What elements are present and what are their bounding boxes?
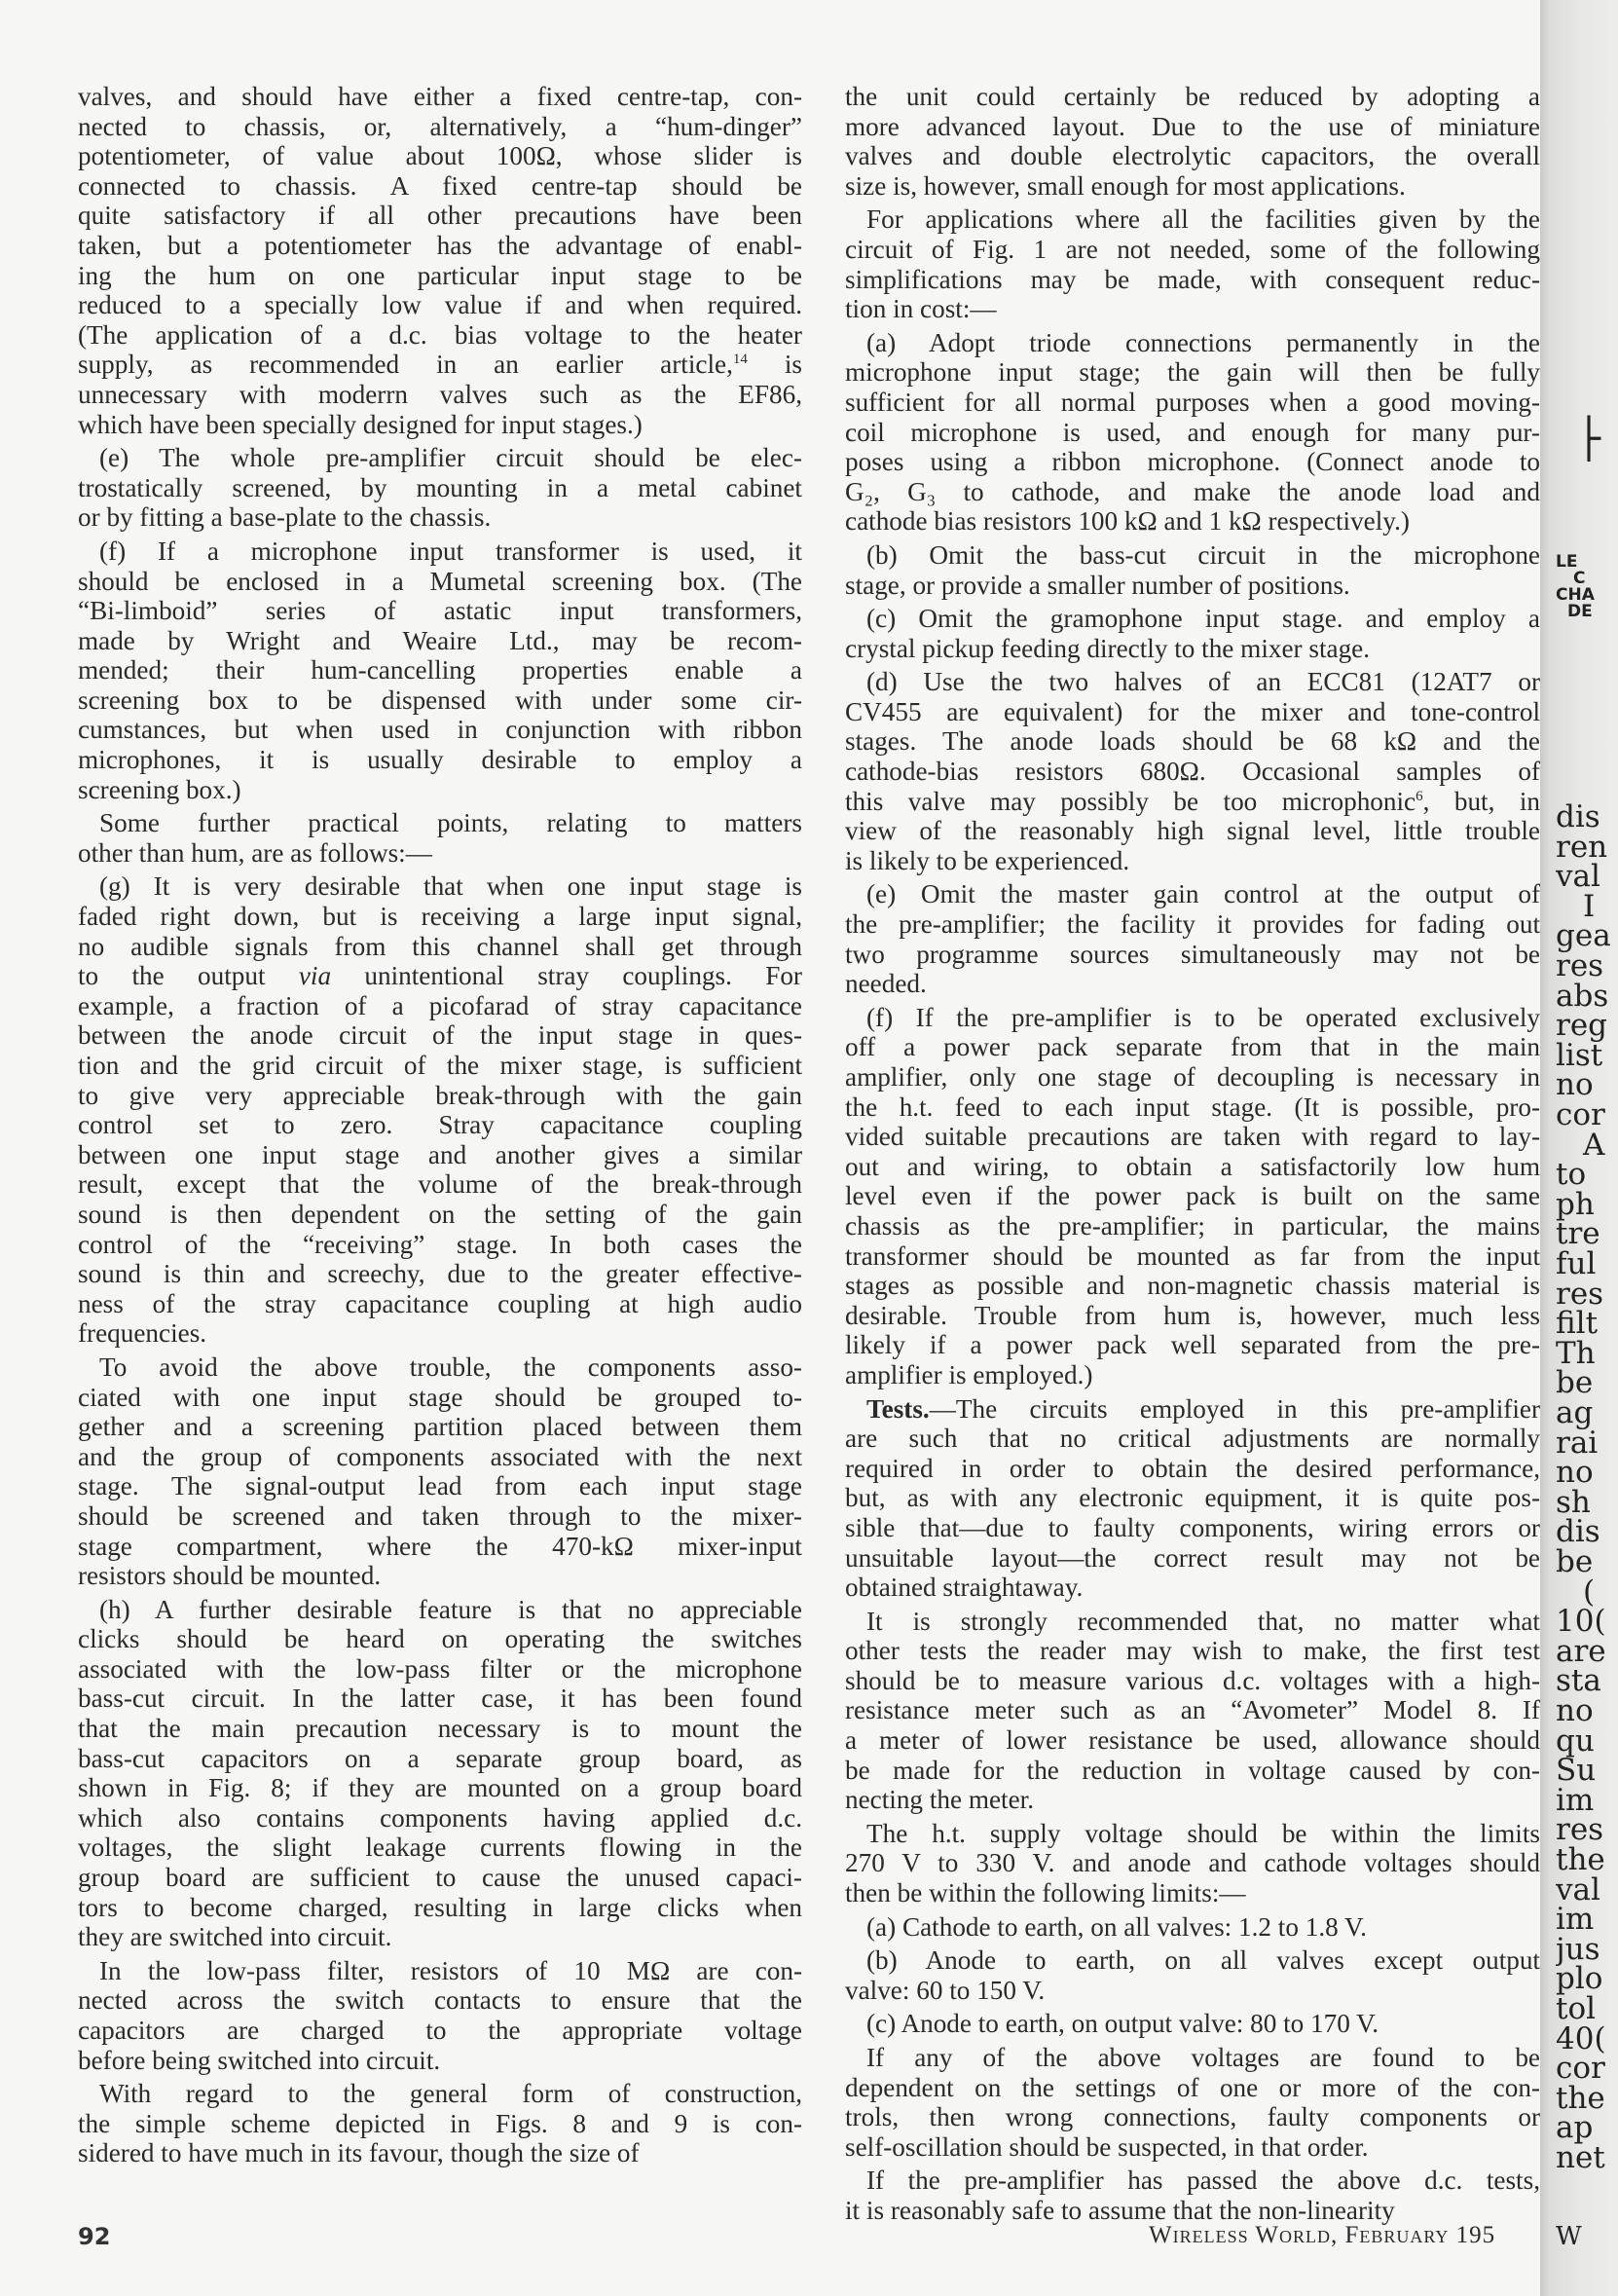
text-line: supply, as recommended in an earlier art… xyxy=(78,350,802,380)
text-line: nected across the switch contacts to ens… xyxy=(78,1985,802,2016)
text-line: ing the hum on one particular input stag… xyxy=(78,261,802,291)
text-line: sound is then dependent on the setting o… xyxy=(78,1200,802,1230)
text-line: trostatically screened, by mounting in a… xyxy=(78,473,802,503)
text-line: If any of the above voltages are found t… xyxy=(845,2043,1540,2073)
text-line: view of the reasonably high signal level… xyxy=(845,816,1540,846)
text-line: obtained straightaway. xyxy=(845,1573,1540,1603)
text-line: between one input stage and another give… xyxy=(78,1140,802,1170)
text-line: desirable. Trouble from hum is, however,… xyxy=(845,1301,1540,1331)
text-line: which also contains components having ap… xyxy=(78,1803,802,1833)
text-line: CV455 are equivalent) for the mixer and … xyxy=(845,697,1540,727)
paragraph: The h.t. supply voltage should be within… xyxy=(845,1819,1540,1908)
text-line: amplifier is employed.) xyxy=(845,1360,1540,1390)
paragraph: (f) If the pre-amplifier is to be operat… xyxy=(845,1003,1540,1390)
text-line: dependent on the settings of one or more… xyxy=(845,2073,1540,2103)
text-line: tors to become charged, resulting in lar… xyxy=(78,1893,802,1923)
text-line: two programme sources simultaneously may… xyxy=(845,940,1540,970)
next-page-text-fragment: A xyxy=(1583,1129,1604,1162)
text-line: the simple scheme depicted in Figs. 8 an… xyxy=(78,2109,802,2139)
text-line: screening box.) xyxy=(78,775,802,805)
text-line: that the main precaution necessary is to… xyxy=(78,1714,802,1744)
text-line: should be screened and taken through to … xyxy=(78,1501,802,1532)
text-line: (b) Anode to earth, on all valves except… xyxy=(845,1945,1540,1976)
text-line: (d) Use the two halves of an ECC81 (12AT… xyxy=(845,667,1540,697)
text-line: vided suitable precautions are taken wit… xyxy=(845,1122,1540,1152)
text-line: frequencies. xyxy=(78,1318,802,1349)
text-line: they are switched into circuit. xyxy=(78,1922,802,1952)
text-line: circuit of Fig. 1 are not needed, some o… xyxy=(845,235,1540,265)
text-line: example, a fraction of a picofarad of st… xyxy=(78,991,802,1021)
text-line: be made for the reduction in voltage cau… xyxy=(845,1756,1540,1786)
text-line: stages. The anode loads should be 68 kΩ … xyxy=(845,726,1540,757)
paragraph: (e) The whole pre-amplifier circuit shou… xyxy=(78,443,802,533)
left-column: valves, and should have either a fixed c… xyxy=(78,82,802,2172)
text-line: poses using a ribbon microphone. (Connec… xyxy=(845,447,1540,477)
paragraph: (h) A further desirable feature is that … xyxy=(78,1595,802,1952)
paragraph: valves, and should have either a fixed c… xyxy=(78,82,802,439)
text-line: (e) The whole pre-amplifier circuit shou… xyxy=(78,443,802,473)
text-line: stages as possible and non-magnetic chas… xyxy=(845,1271,1540,1301)
text-line: (a) Adopt triode connections permanently… xyxy=(845,328,1540,358)
next-page-label-fragment: DE xyxy=(1567,602,1593,621)
text-line: Tests.—The circuits employed in this pre… xyxy=(845,1394,1540,1425)
text-line: control of the “receiving” stage. In bot… xyxy=(78,1230,802,1260)
text-line: microphone input stage; the gain will th… xyxy=(845,357,1540,388)
text-line: chassis as the pre-amplifier; in particu… xyxy=(845,1211,1540,1241)
text-line: transformer should be mounted as far fro… xyxy=(845,1241,1540,1272)
text-line: the h.t. feed to each input stage. (It i… xyxy=(845,1092,1540,1123)
text-line: voltages, the slight leakage currents fl… xyxy=(78,1833,802,1863)
text-line: capacitors are charged to the appropriat… xyxy=(78,2016,802,2046)
text-line: this valve may possibly be too microphon… xyxy=(845,787,1540,817)
paragraph: (c) Omit the gramophone input stage. and… xyxy=(845,604,1540,663)
paragraph: It is strongly recommended that, no matt… xyxy=(845,1607,1540,1815)
text-line: are such that no critical adjustments ar… xyxy=(845,1424,1540,1454)
text-line: to the output via unintentional stray co… xyxy=(78,961,802,991)
paragraph: To avoid the above trouble, the componen… xyxy=(78,1352,802,1591)
text-line: potentiometer, of value about 100Ω, whos… xyxy=(78,141,802,171)
text-line: reduced to a specially low value if and … xyxy=(78,290,802,320)
text-line: bass-cut circuit. In the latter case, it… xyxy=(78,1684,802,1714)
text-line: and the group of components associated w… xyxy=(78,1442,802,1472)
next-page-text-fragment: dis xyxy=(1556,800,1600,833)
paragraph: For applications where all the facilitie… xyxy=(845,204,1540,323)
text-line: sound is thin and screechy, due to the g… xyxy=(78,1259,802,1289)
text-line: other tests the reader may wish to make,… xyxy=(845,1636,1540,1666)
text-line: 270 V to 330 V. and anode and cathode vo… xyxy=(845,1848,1540,1878)
text-line: made by Wright and Weaire Ltd., may be r… xyxy=(78,626,802,656)
next-page-text-fragment: be xyxy=(1556,1545,1593,1578)
text-line: For applications where all the facilitie… xyxy=(845,204,1540,235)
text-line: self-oscillation should be suspected, in… xyxy=(845,2132,1540,2163)
magazine-page: valves, and should have either a fixed c… xyxy=(0,0,1540,2296)
next-page-footer-fragment: W xyxy=(1556,2220,1582,2253)
text-line: (c) Anode to earth, on output valve: 80 … xyxy=(845,2009,1540,2039)
text-line: off a power pack separate from that in t… xyxy=(845,1032,1540,1062)
text-line: coil microphone is used, and enough for … xyxy=(845,418,1540,448)
next-page-text-fragment: ag xyxy=(1556,1396,1593,1429)
text-line: gether and a screening partition placed … xyxy=(78,1412,802,1442)
text-line: (f) If a microphone input transformer is… xyxy=(78,537,802,567)
paragraph: (b) Anode to earth, on all valves except… xyxy=(845,1945,1540,2005)
right-column: the unit could certainly be reduced by a… xyxy=(845,82,1540,2230)
text-line: sidered to have much in its favour, thou… xyxy=(78,2138,802,2168)
text-line: faded right down, but is receiving a lar… xyxy=(78,902,802,932)
text-line: ness of the stray capacitance coupling a… xyxy=(78,1289,802,1319)
text-line: stage, or provide a smaller number of po… xyxy=(845,571,1540,601)
paragraph: (d) Use the two halves of an ECC81 (12AT… xyxy=(845,667,1540,875)
page-number: 92 xyxy=(78,2223,110,2250)
text-line: level even if the power pack is built on… xyxy=(845,1181,1540,1211)
next-page-text-fragment: tol xyxy=(1556,1992,1596,2025)
text-line: (f) If the pre-amplifier is to be operat… xyxy=(845,1003,1540,1033)
text-line: between the anode circuit of the input s… xyxy=(78,1020,802,1051)
text-line: clicks should be heard on operating the … xyxy=(78,1624,802,1654)
text-line: (The application of a d.c. bias voltage … xyxy=(78,320,802,351)
text-line: “Bi-limboid” series of astatic input tra… xyxy=(78,596,802,626)
next-page-bleed: ├ LECCHADEdisrenvalIgearesabsreglistnoco… xyxy=(1556,0,1618,2296)
text-line: the pre-amplifier; the facility it provi… xyxy=(845,909,1540,940)
text-line: sible that—due to faulty components, wir… xyxy=(845,1513,1540,1543)
text-line: taken, but a potentiometer has the advan… xyxy=(78,231,802,261)
text-line: or by fitting a base-plate to the chassi… xyxy=(78,502,802,533)
text-line: (c) Omit the gramophone input stage. and… xyxy=(845,604,1540,634)
text-line: unsuitable layout—the correct result may… xyxy=(845,1543,1540,1574)
text-line: (h) A further desirable feature is that … xyxy=(78,1595,802,1625)
text-line: crystal pickup feeding directly to the m… xyxy=(845,634,1540,664)
text-line: more advanced layout. Due to the use of … xyxy=(845,112,1540,142)
text-line: ciated with one input stage should be gr… xyxy=(78,1383,802,1413)
paragraph: (c) Anode to earth, on output valve: 80 … xyxy=(845,2009,1540,2039)
text-line: is likely to be experienced. xyxy=(845,846,1540,876)
text-line: quite satisfactory if all other precauti… xyxy=(78,201,802,231)
text-line: a meter of lower resistance be used, all… xyxy=(845,1725,1540,1756)
text-line: shown in Fig. 8; if they are mounted on … xyxy=(78,1773,802,1803)
text-line: tion and the grid circuit of the mixer s… xyxy=(78,1051,802,1081)
text-line: to give very appreciable break-through w… xyxy=(78,1081,802,1111)
text-line: In the low-pass filter, resistors of 10 … xyxy=(78,1956,802,1986)
text-line: other than hum, are as follows:— xyxy=(78,838,802,869)
text-line: stage. The signal-output lead from each … xyxy=(78,1471,802,1501)
text-line: Some further practical points, relating … xyxy=(78,808,802,838)
text-line: cathode-bias resistors 680Ω. Occasional … xyxy=(845,757,1540,787)
text-line: which have been specially designed for i… xyxy=(78,410,802,440)
text-line: required in order to obtain the desired … xyxy=(845,1454,1540,1484)
text-line: group board are sufficient to cause the … xyxy=(78,1863,802,1893)
text-line: but, as with any electronic equipment, i… xyxy=(845,1483,1540,1513)
text-line: it is reasonably safe to assume that the… xyxy=(845,2196,1540,2226)
next-page-text-fragment: the xyxy=(1556,1843,1605,1876)
next-page-text-fragment: no xyxy=(1556,1694,1594,1727)
text-line: necting the meter. xyxy=(845,1785,1540,1815)
text-line: mended; their hum-cancelling properties … xyxy=(78,655,802,685)
text-line: nected to chassis, or, alternatively, a … xyxy=(78,112,802,142)
text-line: associated with the low-pass filter or t… xyxy=(78,1654,802,1685)
text-line: cathode bias resistors 100 kΩ and 1 kΩ r… xyxy=(845,506,1540,537)
text-line: stage compartment, where the 470-kΩ mixe… xyxy=(78,1532,802,1562)
text-line: microphones, it is usually desirable to … xyxy=(78,745,802,775)
paragraph: Tests.—The circuits employed in this pre… xyxy=(845,1394,1540,1603)
text-line: With regard to the general form of const… xyxy=(78,2079,802,2109)
text-line: (g) It is very desirable that when one i… xyxy=(78,871,802,902)
paragraph: (a) Adopt triode connections permanently… xyxy=(845,328,1540,537)
text-line: resistance meter such as an “Avometer” M… xyxy=(845,1695,1540,1725)
text-line: amplifier, only one stage of decoupling … xyxy=(845,1062,1540,1092)
text-line: (b) Omit the bass-cut circuit in the mic… xyxy=(845,540,1540,571)
paragraph: (f) If a microphone input transformer is… xyxy=(78,537,802,804)
text-line: size is, however, small enough for most … xyxy=(845,171,1540,202)
next-page-text-fragment: net xyxy=(1556,2141,1605,2174)
text-line: screening box to be dispensed with under… xyxy=(78,685,802,716)
diagram-fragment-icon: ├ xyxy=(1577,417,1600,462)
running-footer: Wireless World, February 195 xyxy=(1149,2222,1540,2249)
text-line: no audible signals from this channel sha… xyxy=(78,932,802,962)
text-line: control set to zero. Stray capacitance c… xyxy=(78,1110,802,1140)
text-line: simplifications may be made, with conseq… xyxy=(845,265,1540,295)
text-line: The h.t. supply voltage should be within… xyxy=(845,1819,1540,1849)
text-line: (a) Cathode to earth, on all valves: 1.2… xyxy=(845,1912,1540,1943)
paragraph: (e) Omit the master gain control at the … xyxy=(845,879,1540,998)
text-line: unnecessary with moderrn valves such as … xyxy=(78,380,802,410)
text-line: result, except that the volume of the br… xyxy=(78,1169,802,1200)
text-line: If the pre-amplifier has passed the abov… xyxy=(845,2166,1540,2196)
next-page-text-fragment: cor xyxy=(1556,1098,1605,1131)
text-line: connected to chassis. A fixed centre-tap… xyxy=(78,171,802,202)
text-line: valves, and should have either a fixed c… xyxy=(78,82,802,112)
paragraph: (g) It is very desirable that when one i… xyxy=(78,871,802,1349)
paragraph: Some further practical points, relating … xyxy=(78,808,802,868)
next-page-text-fragment: res xyxy=(1556,949,1603,982)
paragraph: (b) Omit the bass-cut circuit in the mic… xyxy=(845,540,1540,600)
text-line: bass-cut capacitors on a separate group … xyxy=(78,1744,802,1774)
paragraph: the unit could certainly be reduced by a… xyxy=(845,82,1540,201)
text-line: the unit could certainly be reduced by a… xyxy=(845,82,1540,112)
text-line: before being switched into circuit. xyxy=(78,2046,802,2076)
paragraph: In the low-pass filter, resistors of 10 … xyxy=(78,1956,802,2075)
text-line: likely if a power pack well separated fr… xyxy=(845,1330,1540,1360)
text-line: tion in cost:— xyxy=(845,294,1540,324)
text-line: should be enclosed in a Mumetal screenin… xyxy=(78,567,802,597)
text-line: needed. xyxy=(845,969,1540,999)
text-line: sufficient for all normal purposes when … xyxy=(845,388,1540,418)
text-line: It is strongly recommended that, no matt… xyxy=(845,1607,1540,1637)
text-line: G₂, G₃ to cathode, and make the anode lo… xyxy=(845,477,1540,507)
text-line: (e) Omit the master gain control at the … xyxy=(845,879,1540,909)
text-line: should be to measure various d.c. voltag… xyxy=(845,1666,1540,1696)
next-page-text-fragment: ful xyxy=(1556,1247,1596,1280)
text-line: valves and double electrolytic capacitor… xyxy=(845,141,1540,171)
paragraph: If any of the above voltages are found t… xyxy=(845,2043,1540,2162)
text-line: To avoid the above trouble, the componen… xyxy=(78,1352,802,1383)
paragraph: With regard to the general form of const… xyxy=(78,2079,802,2168)
text-line: then be within the following limits:— xyxy=(845,1878,1540,1908)
paragraph: (a) Cathode to earth, on all valves: 1.2… xyxy=(845,1912,1540,1943)
text-line: out and wiring, to obtain a satisfactori… xyxy=(845,1152,1540,1182)
text-line: valve: 60 to 150 V. xyxy=(845,1976,1540,2006)
text-line: trols, then wrong connections, faulty co… xyxy=(845,2102,1540,2132)
text-line: cumstances, but when used in conjunction… xyxy=(78,715,802,745)
text-line: resistors should be mounted. xyxy=(78,1561,802,1591)
paragraph: If the pre-amplifier has passed the abov… xyxy=(845,2166,1540,2225)
